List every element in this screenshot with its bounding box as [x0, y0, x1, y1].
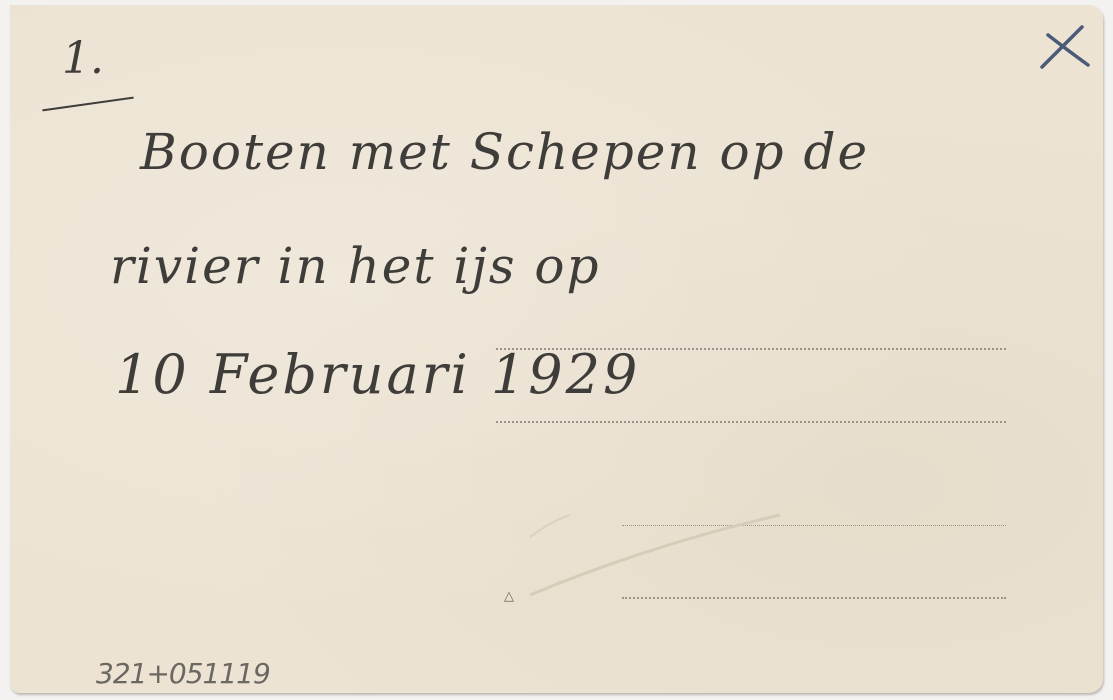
- address-line-2: [496, 421, 1006, 423]
- handwritten-line-3: 10 Februari 1929: [115, 343, 640, 406]
- faint-pencil-marks: [530, 495, 790, 605]
- postcard-back: 1. Booten met Schepen op de rivier in he…: [10, 5, 1103, 693]
- item-number: 1.: [62, 33, 104, 84]
- handwritten-line-1: Booten met Schepen op de: [140, 123, 869, 181]
- corner-x-mark-icon: [1036, 23, 1094, 73]
- handwritten-line-2: rivier in het ijs op: [110, 237, 601, 295]
- printed-triangle-mark: △: [504, 589, 514, 604]
- archive-number: 321+051119: [96, 657, 270, 690]
- item-number-underline: [42, 97, 133, 112]
- address-line-1: [496, 348, 1006, 350]
